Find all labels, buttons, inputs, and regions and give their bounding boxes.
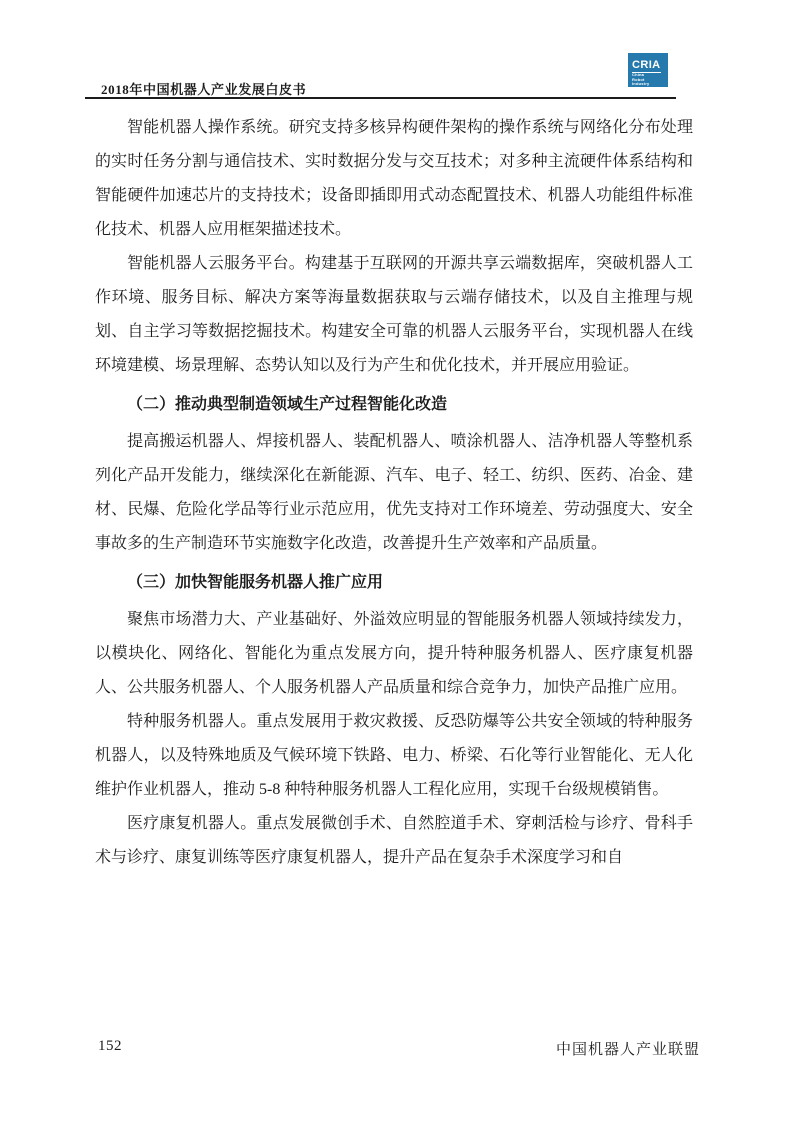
paragraph-industrial-robot-series: 提高搬运机器人、焊接机器人、装配机器人、喷涂机器人、洁净机器人等整机系列化产品开…	[95, 425, 693, 561]
paragraph-medical-rehab-robot: 医疗康复机器人。重点发展微创手术、自然腔道手术、穿刺活检与诊疗、骨科手术与诊疗、…	[95, 807, 693, 875]
section-heading-manufacturing-upgrade: （二）推动典型制造领域生产过程智能化改造	[95, 388, 693, 422]
header-rule	[85, 97, 676, 99]
header-title: 2018年中国机器人产业发展白皮书	[101, 79, 306, 98]
page-number: 152	[98, 1038, 122, 1055]
cria-logo-line-alliance: Alliance	[632, 87, 666, 92]
footer-organization: 中国机器人产业联盟	[556, 1038, 700, 1059]
document-page: 2018年中国机器人产业发展白皮书 CRIA China Robot Indus…	[0, 0, 793, 1122]
paragraph-service-robot-focus: 聚焦市场潜力大、产业基础好、外溢效应明显的智能服务机器人领域持续发力，以模块化、…	[95, 603, 693, 705]
paragraph-robot-cloud-platform: 智能机器人云服务平台。构建基于互联网的开源共享云端数据库，突破机器人工作环境、服…	[95, 247, 693, 383]
section-heading-service-robot-promotion: （三）加快智能服务机器人推广应用	[95, 566, 693, 600]
paragraph-special-service-robot: 特种服务机器人。重点发展用于救灾救援、反恐防爆等公共安全领域的特种服务机器人，以…	[95, 705, 693, 807]
page-body: 智能机器人操作系统。研究支持多核异构硬件架构的操作系统与网络化分布处理的实时任务…	[95, 111, 693, 875]
cria-logo: CRIA China Robot Industry Alliance	[628, 53, 668, 87]
paragraph-intelligent-robot-os: 智能机器人操作系统。研究支持多核异构硬件架构的操作系统与网络化分布处理的实时任务…	[95, 111, 693, 247]
